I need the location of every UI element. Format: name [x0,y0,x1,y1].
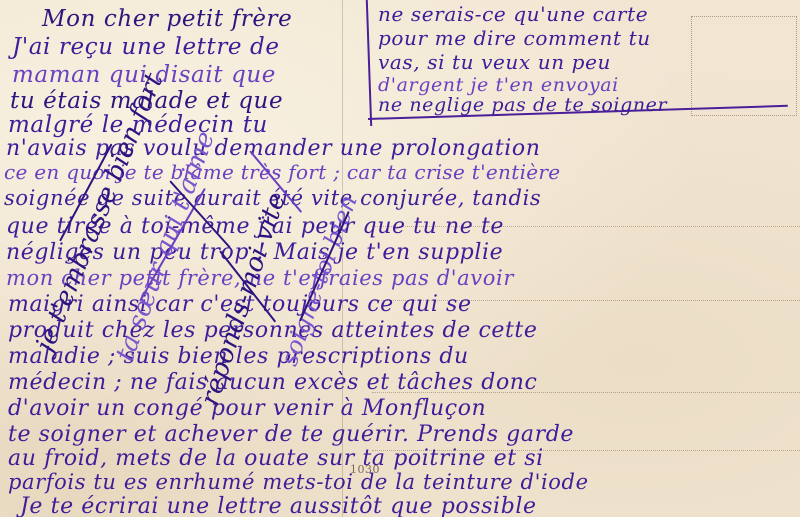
note-line: vas, si tu veux un peu [378,50,611,74]
note-line: ne serais-ce qu'une carte [378,2,648,26]
letter-line: d'avoir un congé pour venir à Monfluçon [8,396,486,421]
letter-line: n'avais pas voulu demander une prolongat… [6,136,541,161]
note-line: pour me dire comment tu [378,26,651,50]
letter-line: médecin ; ne fais aucun excès et tâches … [8,370,537,395]
postcard: 1030 ne serais-ce qu'une carte pour me d… [0,0,800,517]
letter-line: Je te écrirai une lettre aussitôt que po… [20,494,537,517]
letter-line: te soigner et achever de te guérir. Pren… [8,422,574,447]
letter-line: Mon cher petit frère [42,6,292,32]
note-frame-left [366,0,372,126]
stamp-box [691,16,797,116]
letter-line: ce en quoi je te blâme très fort ; car t… [4,160,560,184]
letter-line: J'ai reçu une lettre de [12,34,280,60]
note-line: d'argent je t'en envoyai [378,74,619,96]
letter-line: au froid, mets de la ouate sur ta poitri… [8,446,544,471]
letter-line: produit chez les personnes atteintes de … [8,318,538,343]
letter-line: parfois tu es enrhumé mets-toi de la tei… [8,470,589,494]
note-line: ne neglige pas de te soigner [378,94,667,116]
